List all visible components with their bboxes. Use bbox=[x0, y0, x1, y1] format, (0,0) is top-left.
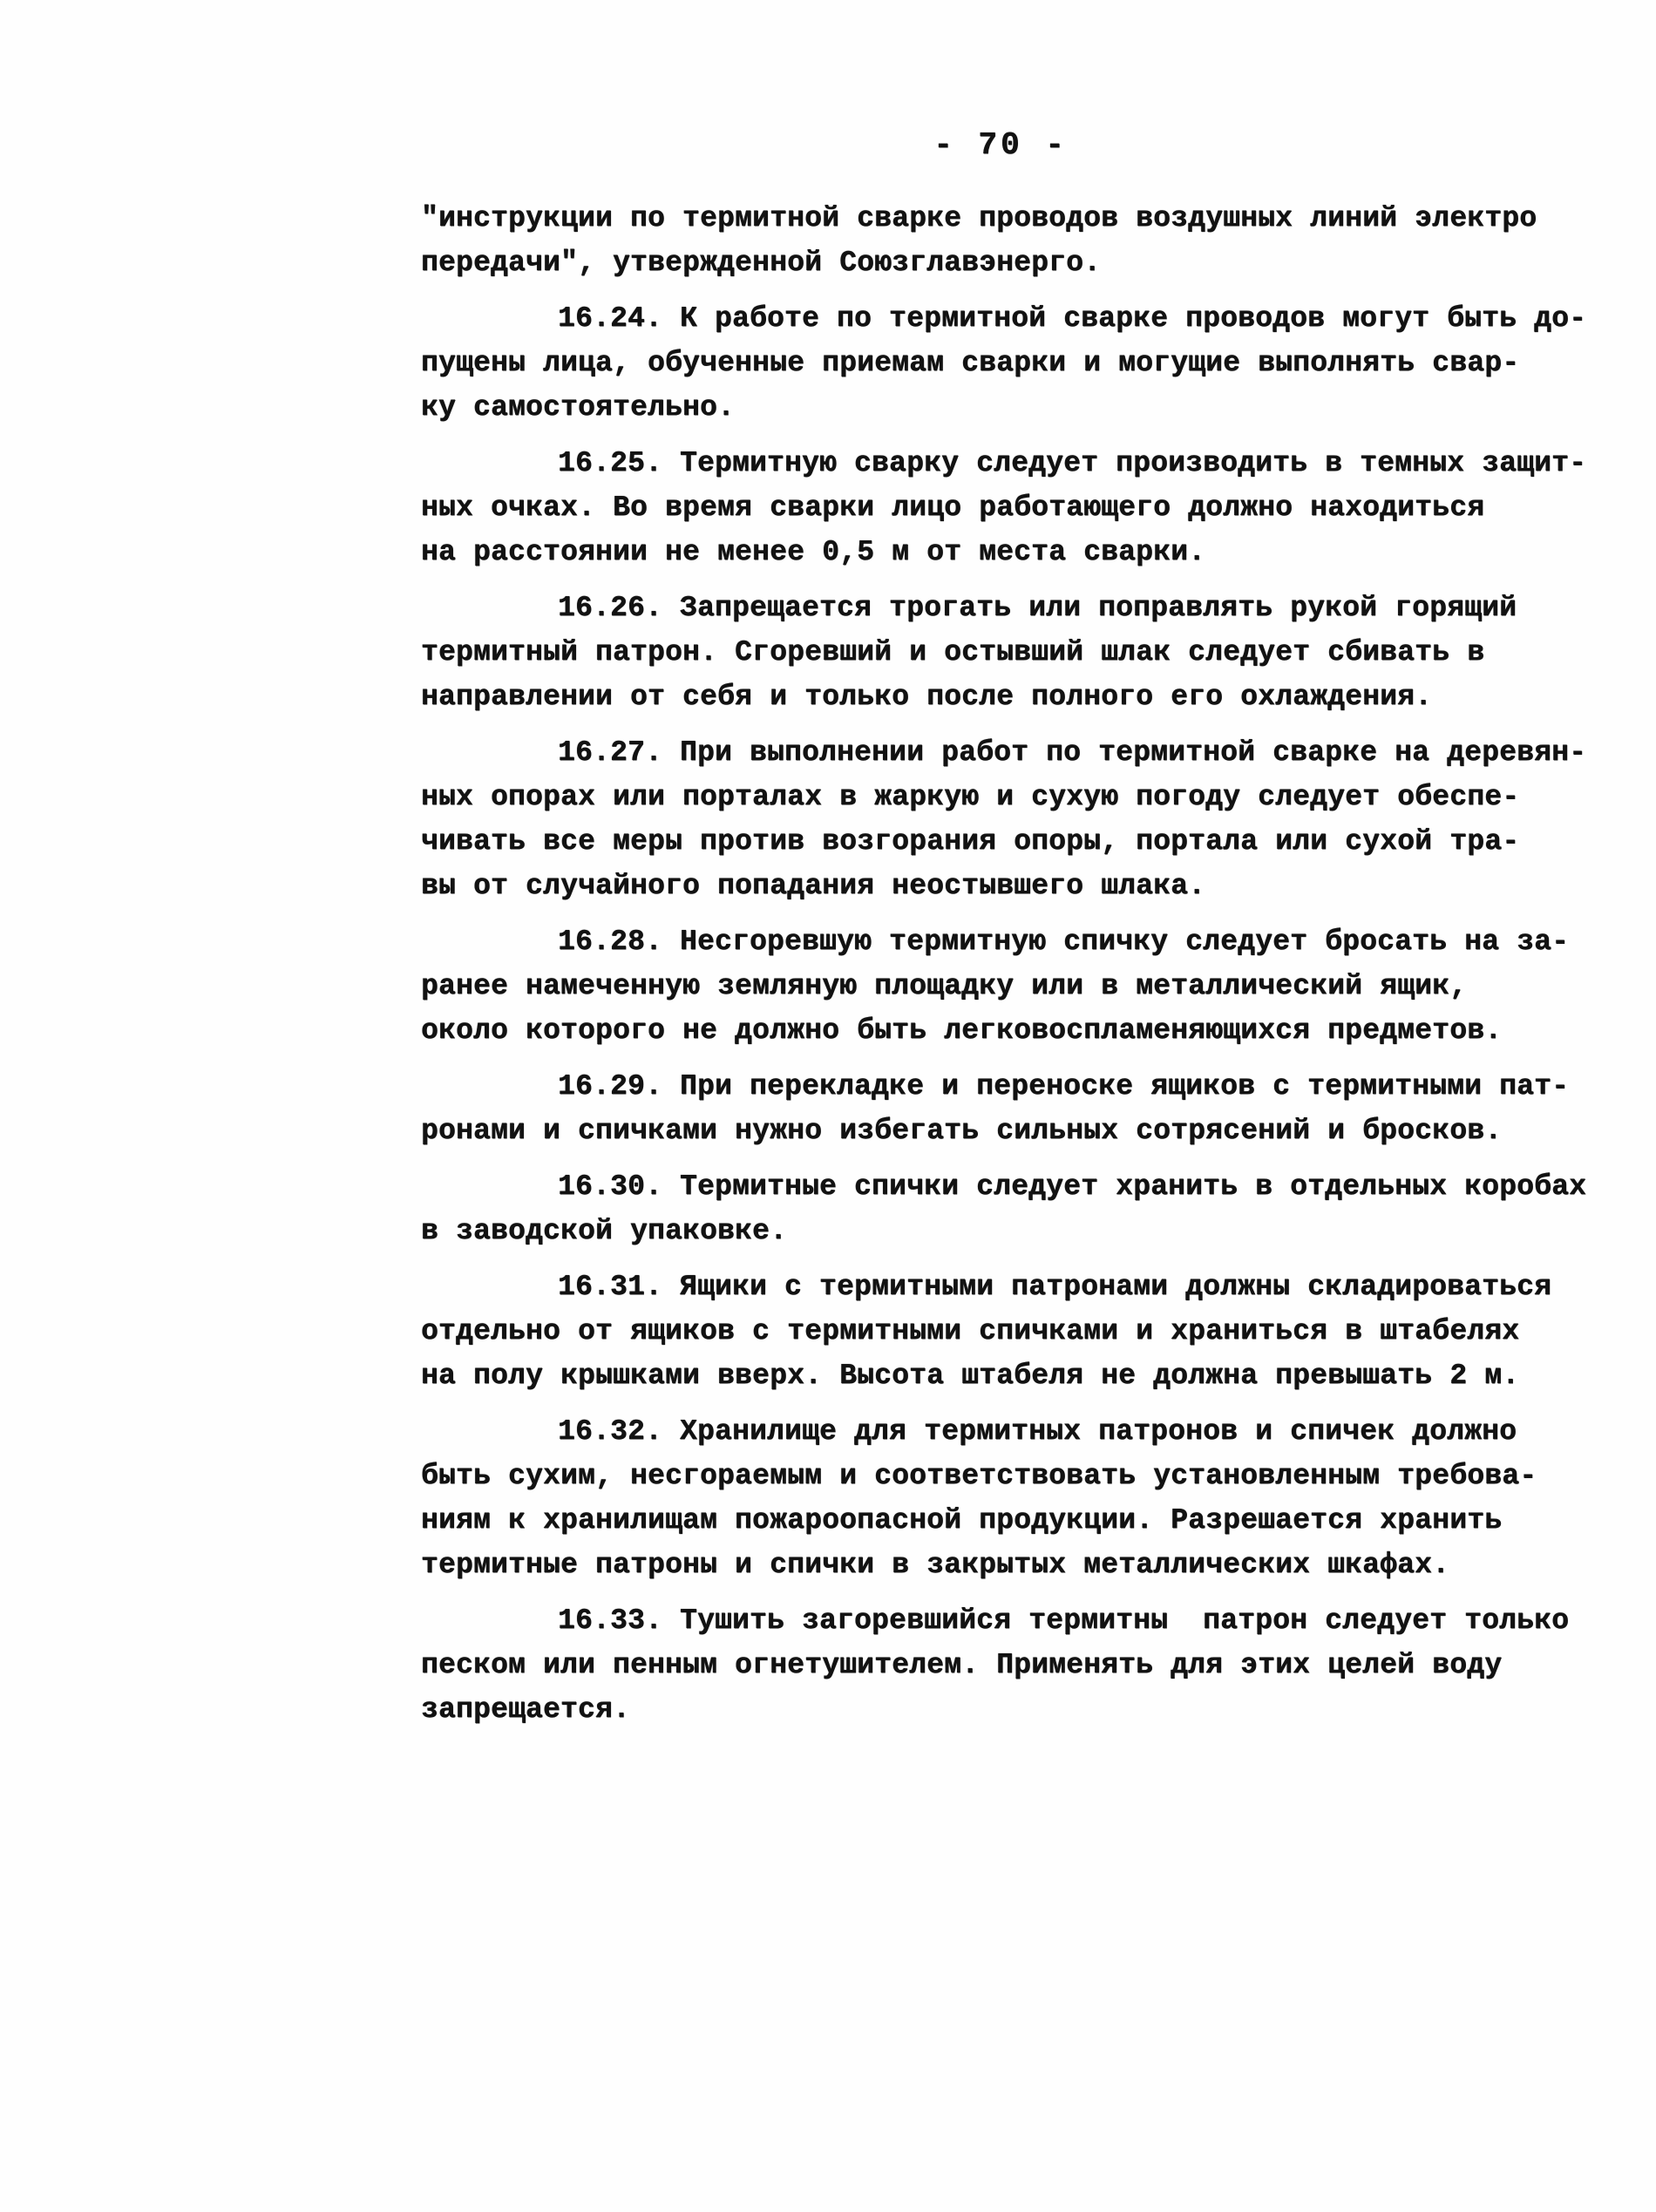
text-line: 16.33. Тушить загоревшийся термитны патр… bbox=[421, 1598, 1606, 1643]
text-line: на полу крышками вверх. Высота штабеля н… bbox=[421, 1354, 1606, 1398]
text-line: чивать все меры против возгорания опоры,… bbox=[421, 819, 1606, 864]
paragraph-16-28: 16.28. Несгоревшую термитную спичку след… bbox=[421, 919, 1606, 1053]
paragraph-16-24: 16.24. К работе по термитной сварке пров… bbox=[421, 296, 1606, 430]
text-line: 16.25. Термитную сварку следует производ… bbox=[421, 441, 1606, 485]
page-number: - 70 - bbox=[421, 127, 1580, 163]
text-line: ниям к хранилищам пожароопасной продукци… bbox=[421, 1498, 1606, 1543]
text-line: ных опорах или порталах в жаркую и сухую… bbox=[421, 775, 1606, 819]
document-page: - 70 - "инструкции по термитной сварке п… bbox=[0, 0, 1656, 2212]
text-line: 16.27. При выполнении работ по термитной… bbox=[421, 730, 1606, 775]
text-line: быть сухим, несгораемым и соответствоват… bbox=[421, 1454, 1606, 1498]
text-line: 16.32. Хранилище для термитных патронов … bbox=[421, 1409, 1606, 1454]
text-line: передачи", утвержденной Союзглавэнерго. bbox=[421, 241, 1606, 285]
paragraph-16-31: 16.31. Ящики с термитными патронами долж… bbox=[421, 1265, 1606, 1398]
text-line: ных очках. Во время сварки лицо работающ… bbox=[421, 485, 1606, 530]
text-line: 16.31. Ящики с термитными патронами долж… bbox=[421, 1265, 1606, 1309]
text-line: ку самостоятельно. bbox=[421, 385, 1606, 430]
paragraph-16-29: 16.29. При перекладке и переноске ящиков… bbox=[421, 1064, 1606, 1153]
text-line: 16.28. Несгоревшую термитную спичку след… bbox=[421, 919, 1606, 964]
text-line: запрещается. bbox=[421, 1687, 1606, 1732]
document-body: "инструкции по термитной сварке проводов… bbox=[421, 196, 1606, 1743]
text-line: песком или пенным огнетушителем. Применя… bbox=[421, 1643, 1606, 1687]
paragraph-16-33: 16.33. Тушить загоревшийся термитны патр… bbox=[421, 1598, 1606, 1732]
text-line: термитный патрон. Сгоревший и остывший ш… bbox=[421, 630, 1606, 675]
text-line: пущены лица, обученные приемам сварки и … bbox=[421, 341, 1606, 385]
text-line: ранее намеченную земляную площадку или в… bbox=[421, 964, 1606, 1008]
text-line: термитные патроны и спички в закрытых ме… bbox=[421, 1543, 1606, 1587]
text-line: вы от случайного попадания неостывшего ш… bbox=[421, 864, 1606, 908]
text-line: 16.29. При перекладке и переноске ящиков… bbox=[421, 1064, 1606, 1109]
text-line: на расстоянии не менее 0,5 м от места св… bbox=[421, 530, 1606, 574]
text-line: в заводской упаковке. bbox=[421, 1209, 1606, 1253]
text-line: 16.24. К работе по термитной сварке пров… bbox=[421, 296, 1606, 341]
text-line: направлении от себя и только после полно… bbox=[421, 675, 1606, 719]
text-line: около которого не должно быть легковоспл… bbox=[421, 1008, 1606, 1053]
paragraph-16-32: 16.32. Хранилище для термитных патронов … bbox=[421, 1409, 1606, 1587]
paragraph-16-27: 16.27. При выполнении работ по термитной… bbox=[421, 730, 1606, 908]
paragraph-16-26: 16.26. Запрещается трогать или поправлят… bbox=[421, 586, 1606, 719]
paragraph-16-25: 16.25. Термитную сварку следует производ… bbox=[421, 441, 1606, 574]
text-line: 16.30. Термитные спички следует хранить … bbox=[421, 1164, 1606, 1209]
paragraph-continuation: "инструкции по термитной сварке проводов… bbox=[421, 196, 1606, 285]
text-line: "инструкции по термитной сварке проводов… bbox=[421, 196, 1606, 241]
text-line: отдельно от ящиков с термитными спичками… bbox=[421, 1309, 1606, 1354]
paragraph-16-30: 16.30. Термитные спички следует хранить … bbox=[421, 1164, 1606, 1253]
text-line: ронами и спичками нужно избегать сильных… bbox=[421, 1109, 1606, 1153]
text-line: 16.26. Запрещается трогать или поправлят… bbox=[421, 586, 1606, 630]
